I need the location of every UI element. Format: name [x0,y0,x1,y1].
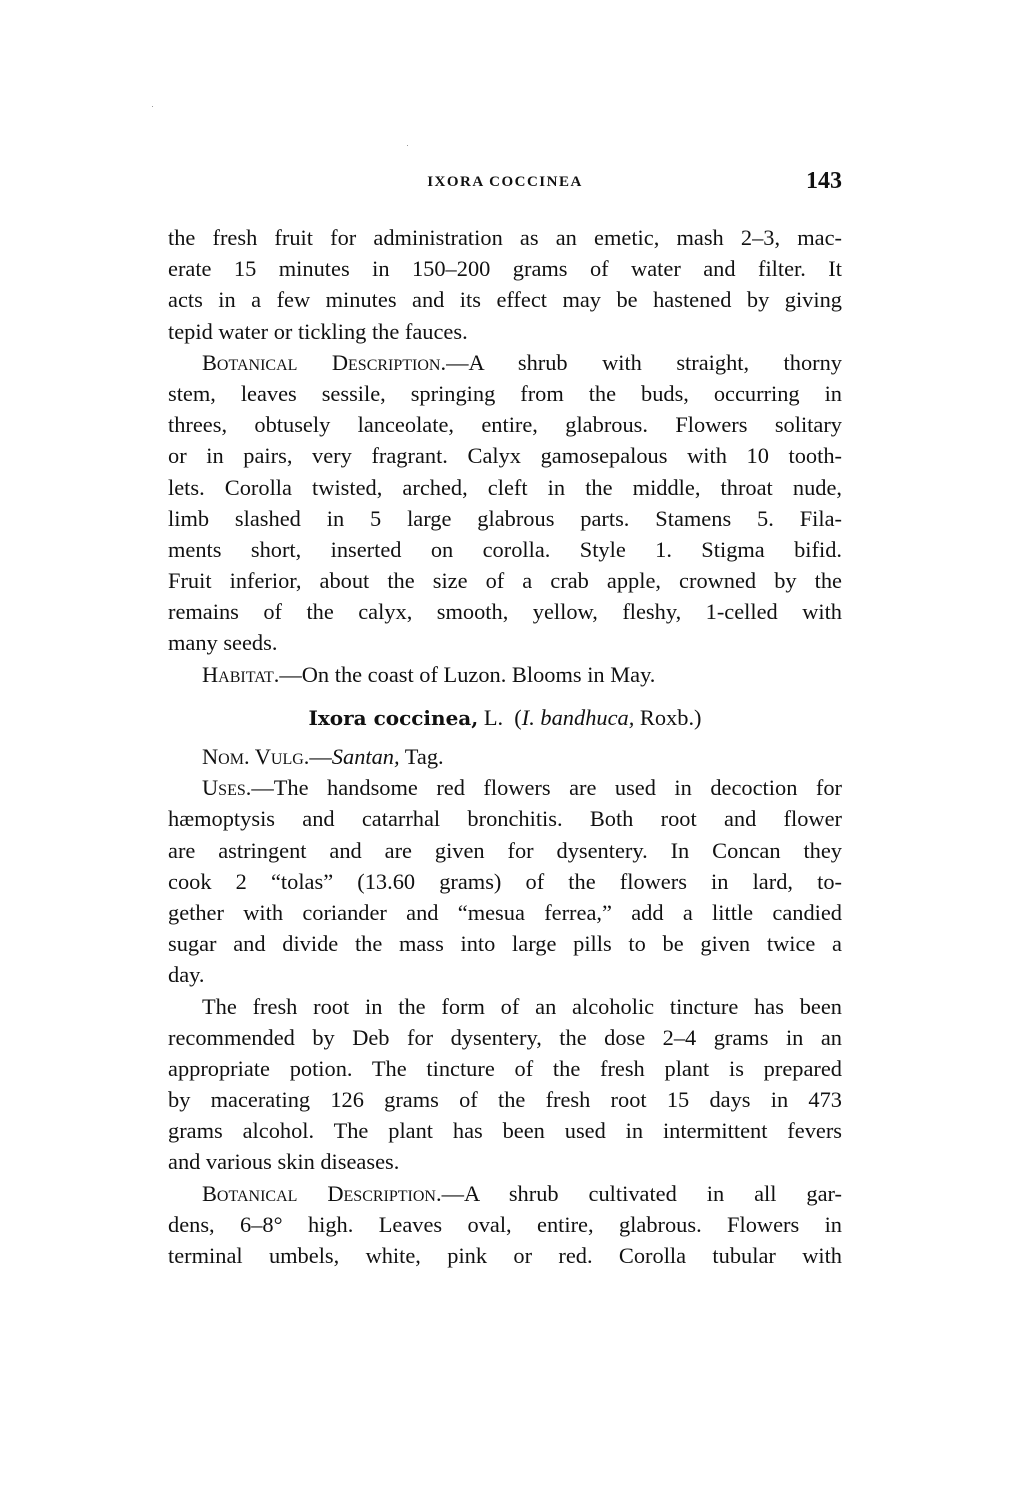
text-line: remains of the calyx, smooth, yellow, fl… [168,596,842,627]
text-line: or in pairs, very fragrant. Calyx gamose… [168,440,842,471]
text-line: gether with coriander and “mesua ferrea,… [168,897,842,928]
text-line: erate 15 minutes in 150–200 grams of wat… [168,253,842,284]
text-line: Habitat.—On the coast of Luzon. Blooms i… [168,659,842,690]
section-label: Botanical Description. [202,1181,442,1206]
running-title: IXORA COCCINEA [168,174,842,191]
botanical-description-paragraph: Botanical Description.—A shrub with stra… [168,347,842,659]
text-line: tepid water or tickling the fauces. [168,316,842,347]
scan-speck [152,106,153,107]
text-line: appropriate potion. The tincture of the … [168,1053,842,1084]
text-line: limb slashed in 5 large glabrous parts. … [168,503,842,534]
section-label: Uses. [202,775,251,800]
section-label: Habitat. [202,662,279,687]
species-heading: Ixora coccinea, L. (I. bandhuca, Roxb.) [168,702,842,733]
scan-speck [407,145,408,146]
text-line: Nom. Vulg.—Santan, Tag. [168,741,842,772]
synonym-author: Roxb.) [634,705,701,730]
nom-vulg-paragraph: Nom. Vulg.—Santan, Tag. [168,741,842,772]
section-label: Botanical Description. [202,350,446,375]
text-line: ments short, inserted on corolla. Style … [168,534,842,565]
text-line: many seeds. [168,627,842,658]
text-line: grams alcohol. The plant has been used i… [168,1115,842,1146]
text-line: Fruit inferior, about the size of a crab… [168,565,842,596]
text-line: and various skin diseases. [168,1146,842,1177]
text-line: acts in a few minutes and its effect may… [168,284,842,315]
body-text: the fresh fruit for administration as an… [168,222,842,1271]
text-line: Botanical Description.—A shrub with stra… [168,347,842,378]
habitat-paragraph: Habitat.—On the coast of Luzon. Blooms i… [168,659,842,690]
text-line: terminal umbels, white, pink or red. Cor… [168,1240,842,1271]
section-label: Nom. Vulg. [202,744,309,769]
vernacular-name: Santan, [332,744,400,769]
book-page: IXORA COCCINEA 143 the fresh fruit for a… [0,0,1010,1506]
running-header: IXORA COCCINEA 143 [168,170,842,196]
species-author: L. [478,705,503,730]
text-line: Uses.—The handsome red flowers are used … [168,772,842,803]
text-line: sugar and divide the mass into large pil… [168,928,842,959]
text-line: threes, obtusely lanceolate, entire, gla… [168,409,842,440]
text-line: lets. Corolla twisted, arched, cleft in … [168,472,842,503]
tincture-paragraph: The fresh root in the form of an alcohol… [168,991,842,1178]
text-line: stem, leaves sessile, springing from the… [168,378,842,409]
page-number: 143 [806,168,842,195]
text-line: are astringent and are given for dysente… [168,835,842,866]
species-name: Ixora coccinea, [308,706,478,730]
text-line: the fresh fruit for administration as an… [168,222,842,253]
continuation-paragraph: the fresh fruit for administration as an… [168,222,842,347]
text-line: Botanical Description.—A shrub cultivate… [168,1178,842,1209]
text-line: by macerating 126 grams of the fresh roo… [168,1084,842,1115]
text-line: recommended by Deb for dysentery, the do… [168,1022,842,1053]
botanical-description-paragraph: Botanical Description.—A shrub cultivate… [168,1178,842,1272]
text-line: The fresh root in the form of an alcohol… [168,991,842,1022]
text-line: hæmoptysis and catarrhal bronchitis. Bot… [168,803,842,834]
text-line: dens, 6–8° high. Leaves oval, entire, gl… [168,1209,842,1240]
species-synonym: I. bandhuca, [522,705,635,730]
uses-paragraph: Uses.—The handsome red flowers are used … [168,772,842,990]
text-line: day. [168,959,842,990]
text-line: cook 2 “tolas” (13.60 grams) of the flow… [168,866,842,897]
